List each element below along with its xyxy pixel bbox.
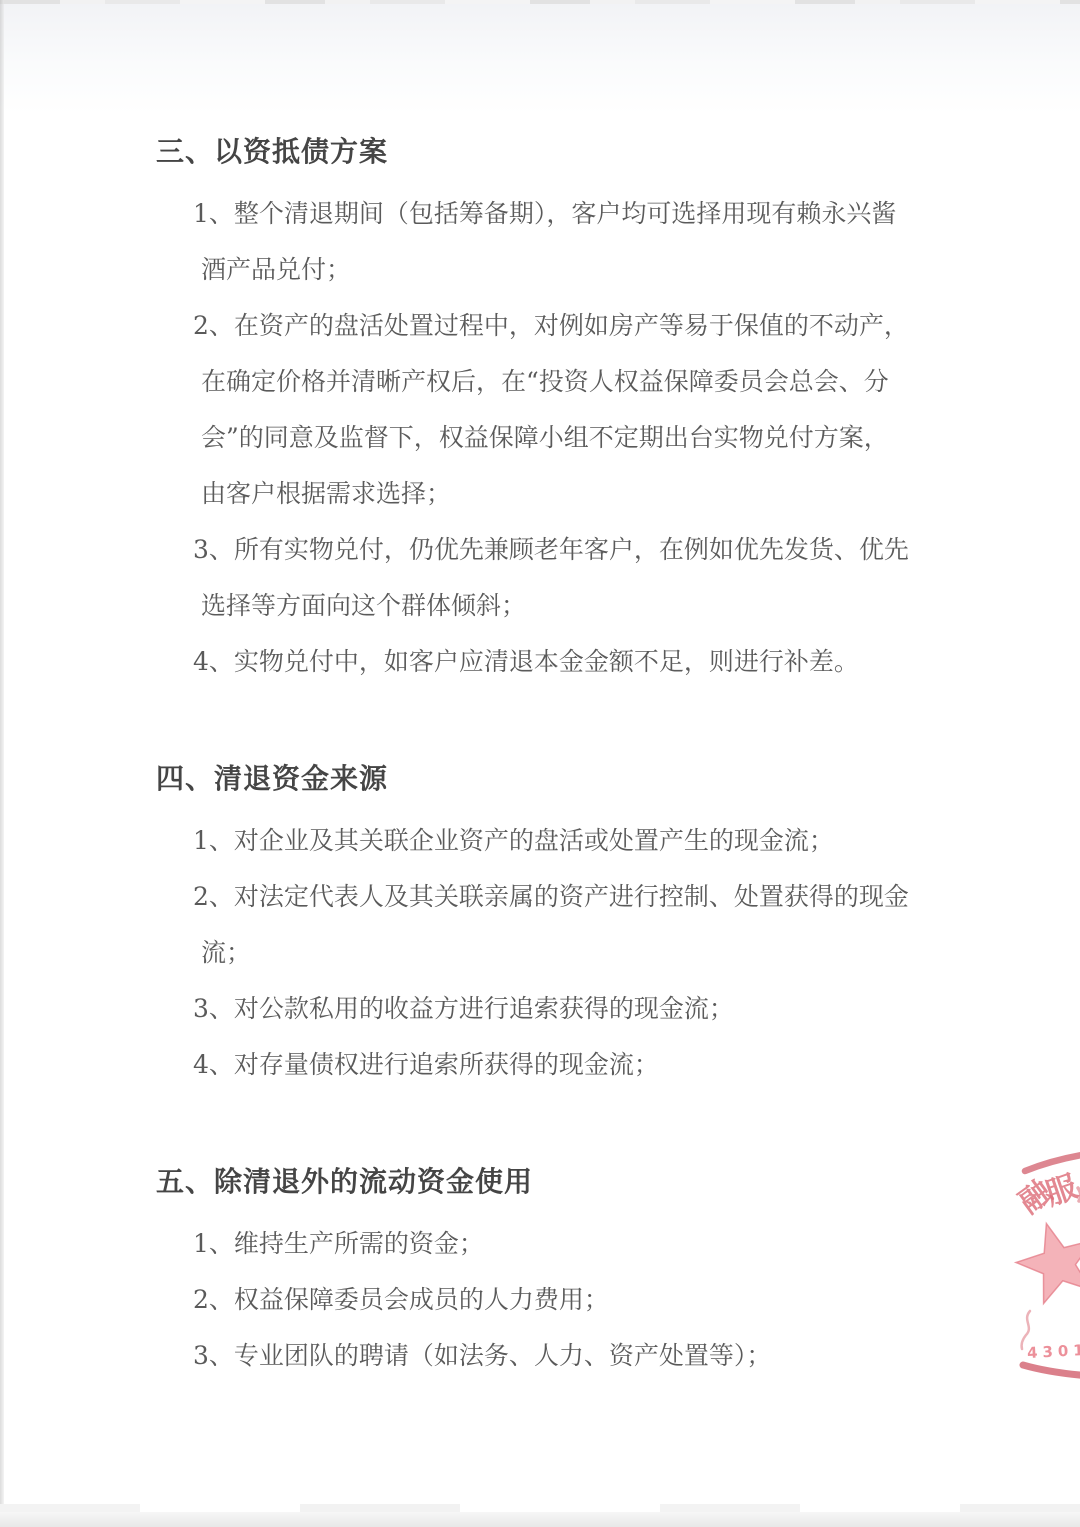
section-heading: 三、以资抵债方案	[0, 124, 1080, 180]
section-4: 四、清退资金来源 1、对企业及其关联企业资产的盘活或处置产生的现金流； 2、对法…	[0, 751, 1080, 1093]
body-line: 4、实物兑付中，如客户应清退本金金额不足，则进行补差。	[0, 634, 1080, 690]
body-line: 1、维持生产所需的资金；	[0, 1216, 1080, 1272]
document-page: 三、以资抵债方案 1、整个清退期间（包括筹备期），客户均可选择用现有赖永兴酱 酒…	[0, 0, 1080, 1527]
scan-edge-bottom	[0, 1512, 1080, 1527]
body-line: 2、权益保障委员会成员的人力费用；	[0, 1272, 1080, 1328]
body-line: 2、在资产的盘活处置过程中，对例如房产等易于保值的不动产，	[0, 298, 1080, 354]
body-line: 3、对公款私用的收益方进行追索获得的现金流；	[0, 981, 1080, 1037]
body-line: 会”的同意及监督下，权益保障小组不定期出台实物兑付方案，	[0, 410, 1080, 466]
body-line: 在确定价格并清晰产权后，在“投资人权益保障委员会总会、分	[0, 354, 1080, 410]
body-line: 2、对法定代表人及其关联亲属的资产进行控制、处置获得的现金	[0, 869, 1080, 925]
section-heading: 四、清退资金来源	[0, 751, 1080, 807]
section-3: 三、以资抵债方案 1、整个清退期间（包括筹备期），客户均可选择用现有赖永兴酱 酒…	[0, 124, 1080, 690]
body-line: 流；	[0, 925, 1080, 981]
section-heading: 五、除清退外的流动资金使用	[0, 1154, 1080, 1210]
body-line: 1、整个清退期间（包括筹备期），客户均可选择用现有赖永兴酱	[0, 186, 1080, 242]
body-line: 由客户根据需求选择；	[0, 466, 1080, 522]
body-line: 3、专业团队的聘请（如法务、人力、资产处置等）；	[0, 1328, 1080, 1384]
document-body: 三、以资抵债方案 1、整个清退期间（包括筹备期），客户均可选择用现有赖永兴酱 酒…	[0, 124, 1080, 1384]
body-line: 1、对企业及其关联企业资产的盘活或处置产生的现金流；	[0, 813, 1080, 869]
body-line: 4、对存量债权进行追索所获得的现金流；	[0, 1037, 1080, 1093]
body-line: 3、所有实物兑付，仍优先兼顾老年客户，在例如优先发货、优先	[0, 522, 1080, 578]
body-line: 选择等方面向这个群体倾斜；	[0, 578, 1080, 634]
section-5: 五、除清退外的流动资金使用 1、维持生产所需的资金； 2、权益保障委员会成员的人…	[0, 1154, 1080, 1384]
body-line: 酒产品兑付；	[0, 242, 1080, 298]
scan-tint-top	[0, 4, 1080, 114]
